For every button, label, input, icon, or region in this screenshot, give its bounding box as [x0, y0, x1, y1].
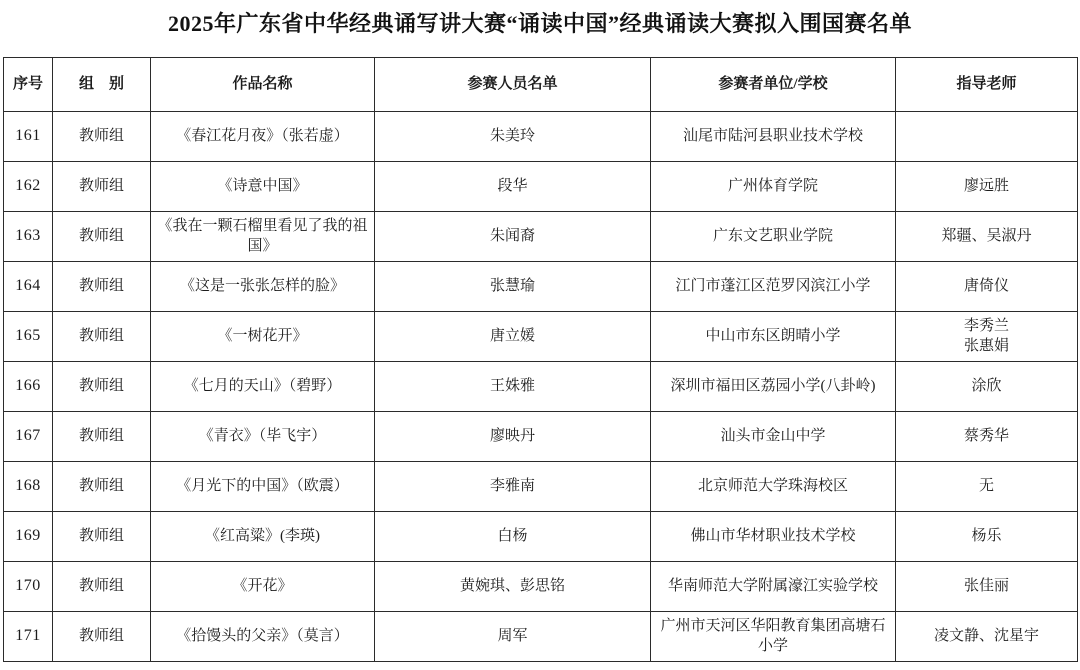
column-header-work-title: 作品名称: [151, 58, 375, 112]
table-row: 168教师组《月光下的中国》（欧震）李雅南北京师范大学珠海校区无: [4, 462, 1078, 512]
cell-group: 教师组: [53, 112, 151, 162]
cell-serial: 163: [4, 212, 53, 262]
table-row: 169教师组《红高粱》(李瑛)白杨佛山市华材职业技术学校杨乐: [4, 512, 1078, 562]
cell-instructors: 廖远胜: [896, 162, 1078, 212]
column-header-group: 组 别: [53, 58, 151, 112]
cell-school: 汕头市金山中学: [651, 412, 896, 462]
cell-group: 教师组: [53, 162, 151, 212]
cell-work-title: 《七月的天山》（碧野）: [151, 362, 375, 412]
cell-instructors: 李秀兰 张惠娟: [896, 312, 1078, 362]
cell-school: 佛山市华材职业技术学校: [651, 512, 896, 562]
cell-instructors: 张佳丽: [896, 562, 1078, 612]
cell-serial: 162: [4, 162, 53, 212]
roster-table: 序号 组 别 作品名称 参赛人员名单 参赛者单位/学校 指导老师 161教师组《…: [3, 57, 1078, 662]
cell-serial: 171: [4, 612, 53, 662]
cell-serial: 161: [4, 112, 53, 162]
cell-instructors: 蔡秀华: [896, 412, 1078, 462]
cell-group: 教师组: [53, 312, 151, 362]
cell-school: 江门市蓬江区范罗冈滨江小学: [651, 262, 896, 312]
cell-work-title: 《诗意中国》: [151, 162, 375, 212]
cell-instructors: 杨乐: [896, 512, 1078, 562]
cell-group: 教师组: [53, 562, 151, 612]
page-title: 2025年广东省中华经典诵写讲大赛“诵读中国”经典诵读大赛拟入围国赛名单: [0, 0, 1080, 38]
cell-school: 汕尾市陆河县职业技术学校: [651, 112, 896, 162]
cell-participants: 朱美玲: [375, 112, 651, 162]
cell-school: 广州体育学院: [651, 162, 896, 212]
cell-instructors: 涂欣: [896, 362, 1078, 412]
cell-work-title: 《我在一颗石榴里看见了我的祖国》: [151, 212, 375, 262]
cell-participants: 李雅南: [375, 462, 651, 512]
cell-group: 教师组: [53, 212, 151, 262]
table-header: 序号 组 别 作品名称 参赛人员名单 参赛者单位/学校 指导老师: [4, 58, 1078, 112]
cell-participants: 张慧瑜: [375, 262, 651, 312]
cell-serial: 167: [4, 412, 53, 462]
column-header-serial: 序号: [4, 58, 53, 112]
cell-participants: 段华: [375, 162, 651, 212]
table-row: 162教师组《诗意中国》段华广州体育学院廖远胜: [4, 162, 1078, 212]
column-header-participants: 参赛人员名单: [375, 58, 651, 112]
table-row: 171教师组《拾馒头的父亲》（莫言）周军广州市天河区华阳教育集团高塘石小学凌文静…: [4, 612, 1078, 662]
cell-instructors: 唐倚仪: [896, 262, 1078, 312]
cell-serial: 166: [4, 362, 53, 412]
cell-serial: 168: [4, 462, 53, 512]
header-row: 序号 组 别 作品名称 参赛人员名单 参赛者单位/学校 指导老师: [4, 58, 1078, 112]
cell-work-title: 《月光下的中国》（欧震）: [151, 462, 375, 512]
cell-participants: 王姝雅: [375, 362, 651, 412]
cell-school: 北京师范大学珠海校区: [651, 462, 896, 512]
cell-school: 广州市天河区华阳教育集团高塘石小学: [651, 612, 896, 662]
table-row: 165教师组《一树花开》唐立媛中山市东区朗晴小学李秀兰 张惠娟: [4, 312, 1078, 362]
cell-participants: 白杨: [375, 512, 651, 562]
cell-school: 广东文艺职业学院: [651, 212, 896, 262]
cell-participants: 黄婉琪、彭思铭: [375, 562, 651, 612]
table-row: 163教师组《我在一颗石榴里看见了我的祖国》朱闻裔广东文艺职业学院郑疆、吴淑丹: [4, 212, 1078, 262]
cell-serial: 170: [4, 562, 53, 612]
cell-serial: 169: [4, 512, 53, 562]
cell-work-title: 《春江花月夜》（张若虚）: [151, 112, 375, 162]
table-body: 161教师组《春江花月夜》（张若虚）朱美玲汕尾市陆河县职业技术学校162教师组《…: [4, 112, 1078, 662]
cell-work-title: 《青衣》（毕飞宇）: [151, 412, 375, 462]
cell-group: 教师组: [53, 412, 151, 462]
cell-instructors: 凌文静、沈星宇: [896, 612, 1078, 662]
column-header-instructors: 指导老师: [896, 58, 1078, 112]
table-row: 164教师组《这是一张张怎样的脸》张慧瑜江门市蓬江区范罗冈滨江小学唐倚仪: [4, 262, 1078, 312]
cell-school: 中山市东区朗晴小学: [651, 312, 896, 362]
cell-participants: 朱闻裔: [375, 212, 651, 262]
cell-participants: 廖映丹: [375, 412, 651, 462]
cell-school: 深圳市福田区荔园小学(八卦岭): [651, 362, 896, 412]
cell-participants: 唐立媛: [375, 312, 651, 362]
cell-work-title: 《红高粱》(李瑛): [151, 512, 375, 562]
cell-school: 华南师范大学附属濠江实验学校: [651, 562, 896, 612]
cell-instructors: 郑疆、吴淑丹: [896, 212, 1078, 262]
cell-serial: 164: [4, 262, 53, 312]
cell-group: 教师组: [53, 262, 151, 312]
column-header-school: 参赛者单位/学校: [651, 58, 896, 112]
document-page: 2025年广东省中华经典诵写讲大赛“诵读中国”经典诵读大赛拟入围国赛名单 序号 …: [0, 0, 1080, 670]
cell-participants: 周军: [375, 612, 651, 662]
cell-work-title: 《这是一张张怎样的脸》: [151, 262, 375, 312]
cell-work-title: 《开花》: [151, 562, 375, 612]
cell-instructors: 无: [896, 462, 1078, 512]
cell-group: 教师组: [53, 612, 151, 662]
cell-serial: 165: [4, 312, 53, 362]
cell-work-title: 《一树花开》: [151, 312, 375, 362]
table-row: 167教师组《青衣》（毕飞宇）廖映丹汕头市金山中学蔡秀华: [4, 412, 1078, 462]
cell-group: 教师组: [53, 462, 151, 512]
table-row: 161教师组《春江花月夜》（张若虚）朱美玲汕尾市陆河县职业技术学校: [4, 112, 1078, 162]
cell-instructors: [896, 112, 1078, 162]
cell-work-title: 《拾馒头的父亲》（莫言）: [151, 612, 375, 662]
cell-group: 教师组: [53, 362, 151, 412]
table-row: 170教师组《开花》黄婉琪、彭思铭华南师范大学附属濠江实验学校张佳丽: [4, 562, 1078, 612]
cell-group: 教师组: [53, 512, 151, 562]
table-row: 166教师组《七月的天山》（碧野）王姝雅深圳市福田区荔园小学(八卦岭)涂欣: [4, 362, 1078, 412]
